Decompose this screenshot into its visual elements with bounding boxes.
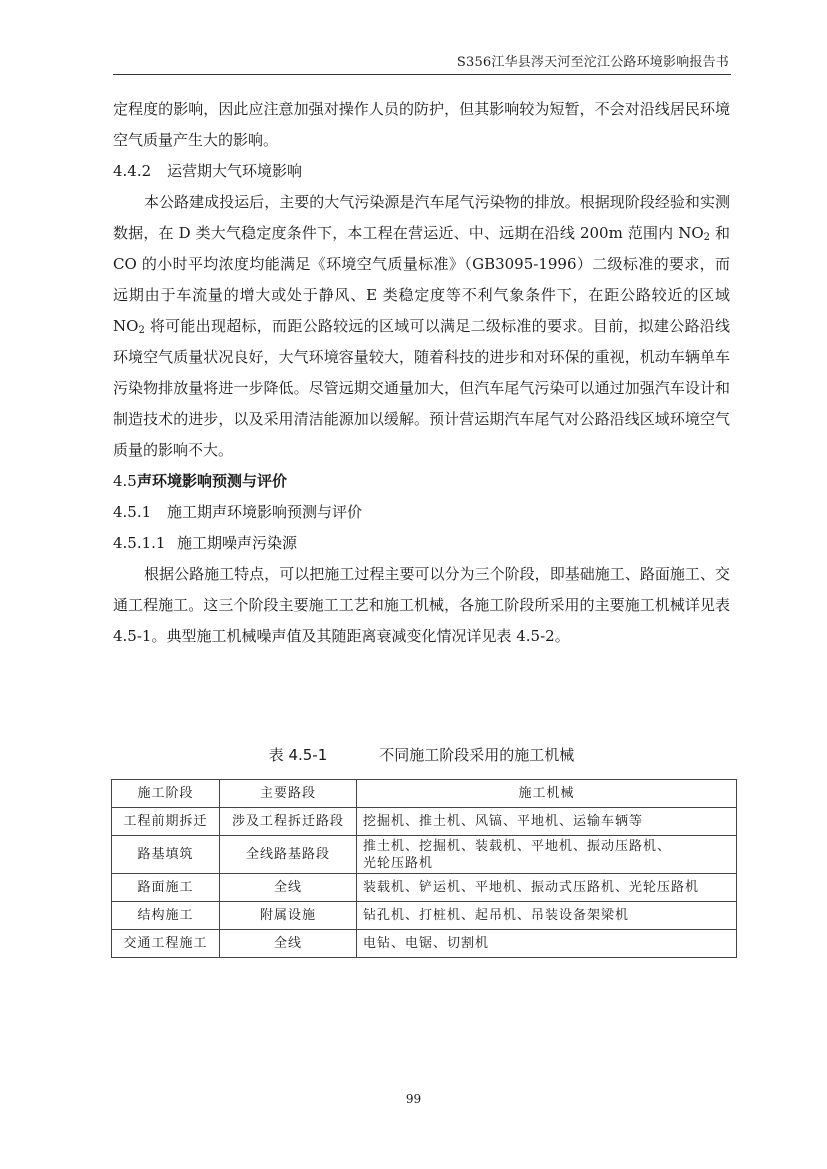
section-heading-4-4-2: 4.4.2运营期大气环境影响 xyxy=(113,156,730,187)
section-title: 施工期声环境影响预测与评价 xyxy=(167,503,362,521)
table-cell: 工程前期拆迁 xyxy=(112,808,220,836)
column-header: 施工机械 xyxy=(357,780,737,808)
table-cell: 路基填筑 xyxy=(112,836,220,874)
table-cell: 交通工程施工 xyxy=(112,930,220,958)
document-header-title: S356江华县涔天河至沱江公路环境影响报告书 xyxy=(457,51,729,70)
section-number: 4.5.1.1 xyxy=(113,528,177,559)
cell-line: 光轮压路机 xyxy=(363,856,433,871)
table-cell: 挖掘机、推土机、风镐、平地机、运输车辆等 xyxy=(357,808,737,836)
table-cell: 全线 xyxy=(220,874,357,902)
body-text: 定程度的影响，因此应注意加强对操作人员的防护，但其影响较为短暂，不会对沿线居民环… xyxy=(113,94,730,652)
table-cell: 附属设施 xyxy=(220,902,357,930)
table-row: 路基填筑 全线路基路段 推土机、挖掘机、装载机、平地机、振动压路机、光轮压路机 xyxy=(112,836,737,874)
table-title: 不同施工阶段采用的施工机械 xyxy=(379,746,574,764)
header-divider xyxy=(113,74,731,75)
paragraph-construction-noise: 根据公路施工特点，可以把施工过程主要可以分为三个阶段，即基础施工、路面施工、交通… xyxy=(113,559,730,652)
column-header: 施工阶段 xyxy=(112,780,220,808)
paragraph-text: 本公路建成投运后，主要的大气污染源是汽车尾气污染物的排放。根据现阶段经验和实测数… xyxy=(113,193,730,242)
table-header-row: 施工阶段 主要路段 施工机械 xyxy=(112,780,737,808)
page-number: 99 xyxy=(0,1092,827,1106)
table-cell: 全线 xyxy=(220,930,357,958)
section-title: 运营期大气环境影响 xyxy=(167,162,302,180)
table-cell: 全线路基路段 xyxy=(220,836,357,874)
section-heading-4-5-1: 4.5.1施工期声环境影响预测与评价 xyxy=(113,497,730,528)
table-number: 表 4.5-1 xyxy=(269,746,328,764)
table-cell: 路面施工 xyxy=(112,874,220,902)
section-number: 4.5 xyxy=(113,466,137,497)
table-caption: 表 4.5-1不同施工阶段采用的施工机械 xyxy=(113,744,730,765)
table-row: 结构施工 附属设施 钻孔机、打桩机、起吊机、吊装设备架梁机 xyxy=(112,902,737,930)
cell-line: 推土机、挖掘机、装载机、平地机、振动压路机、 xyxy=(363,839,671,854)
table-cell: 结构施工 xyxy=(112,902,220,930)
construction-machinery-table: 施工阶段 主要路段 施工机械 工程前期拆迁 涉及工程拆迁路段 挖掘机、推土机、风… xyxy=(111,779,737,958)
column-header: 主要路段 xyxy=(220,780,357,808)
table-cell: 涉及工程拆迁路段 xyxy=(220,808,357,836)
section-title: 声环境影响预测与评价 xyxy=(137,472,287,490)
table-row: 路面施工 全线 装载机、铲运机、平地机、振动式压路机、光轮压路机 xyxy=(112,874,737,902)
table-row: 工程前期拆迁 涉及工程拆迁路段 挖掘机、推土机、风镐、平地机、运输车辆等 xyxy=(112,808,737,836)
table-cell: 钻孔机、打桩机、起吊机、吊装设备架梁机 xyxy=(357,902,737,930)
section-heading-4-5-1-1: 4.5.1.1施工期噪声污染源 xyxy=(113,528,730,559)
paragraph-continued: 定程度的影响，因此应注意加强对操作人员的防护，但其影响较为短暂，不会对沿线居民环… xyxy=(113,94,730,156)
section-number: 4.5.1 xyxy=(113,497,167,528)
section-heading-4-5: 4.5声环境影响预测与评价 xyxy=(113,466,730,497)
table-row: 交通工程施工 全线 电钻、电锯、切割机 xyxy=(112,930,737,958)
section-title: 施工期噪声污染源 xyxy=(177,534,297,552)
table-cell: 电钻、电锯、切割机 xyxy=(357,930,737,958)
paragraph-operation-air: 本公路建成投运后，主要的大气污染源是汽车尾气污染物的排放。根据现阶段经验和实测数… xyxy=(113,187,730,466)
table-cell: 推土机、挖掘机、装载机、平地机、振动压路机、光轮压路机 xyxy=(357,836,737,874)
section-number: 4.4.2 xyxy=(113,156,167,187)
paragraph-text: 将可能出现超标，而距公路较远的区域可以满足二级标准的要求。目前，拟建公路沿线环境… xyxy=(113,317,730,459)
table-cell: 装载机、铲运机、平地机、振动式压路机、光轮压路机 xyxy=(357,874,737,902)
